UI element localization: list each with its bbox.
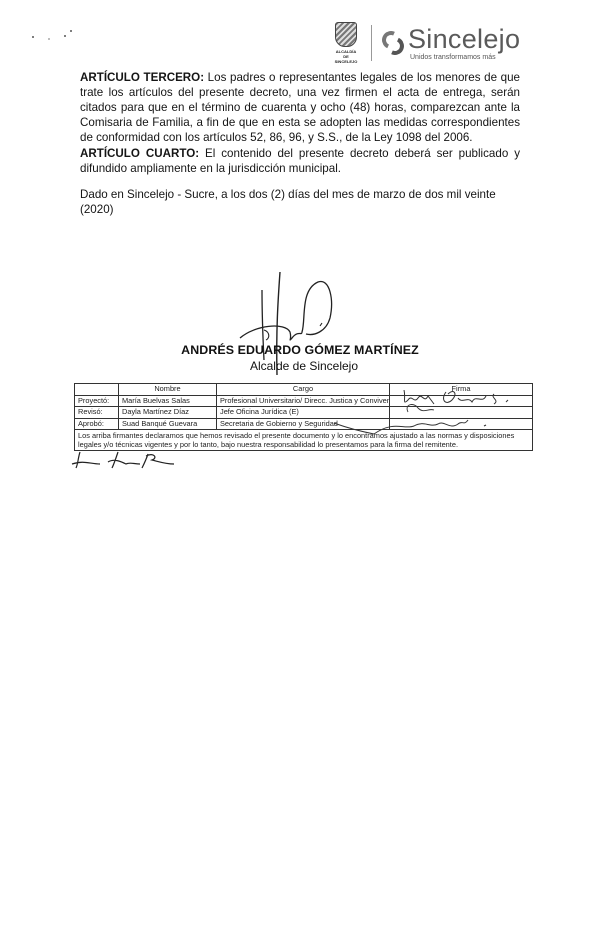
row-role: Proyectó: (75, 395, 119, 407)
dado-en: Dado en Sincelejo - Sucre, a los dos (2)… (80, 187, 520, 217)
articulo-cuarto: ARTÍCULO CUARTO: El contenido del presen… (80, 146, 520, 176)
row-cargo: Jefe Oficina Jurídica (E) (217, 407, 390, 419)
brand-name: Sincelejo (408, 25, 520, 53)
row-firma (390, 418, 533, 430)
row-firma (390, 407, 533, 419)
row-cargo: Profesional Universitario/ Direcc. Justi… (217, 395, 390, 407)
row-role: Revisó: (75, 407, 119, 419)
brand-tagline: Unidos transformamos más (410, 53, 520, 62)
scan-specks (30, 30, 90, 44)
crest-label: ALCALDÍA DE SINCELEJO (333, 49, 359, 64)
header-nombre: Nombre (119, 384, 217, 396)
brand: Sincelejo Unidos transformamos más (408, 25, 520, 62)
table-row: Revisó: Dayla Martínez Díaz Jefe Oficina… (75, 407, 533, 419)
row-firma (390, 395, 533, 407)
crest-icon: ALCALDÍA DE SINCELEJO (333, 22, 359, 64)
logo-divider (371, 25, 372, 61)
signatory-title: Alcalde de Sincelejo (0, 359, 600, 373)
swirl-logo-icon (382, 31, 404, 55)
table-note-row: Los arriba firmantes declaramos que hemo… (75, 430, 533, 451)
header-role (75, 384, 119, 396)
row-name: Dayla Martínez Díaz (119, 407, 217, 419)
header-cargo: Cargo (217, 384, 390, 396)
header-firma: Firma (390, 384, 533, 396)
approval-note: Los arriba firmantes declaramos que hemo… (75, 430, 533, 451)
row-cargo: Secretaria de Gobierno y Seguridad (217, 418, 390, 430)
row-role: Aprobó: (75, 418, 119, 430)
initials-signature-icon (70, 450, 180, 472)
articulo-tercero: ARTÍCULO TERCERO: Los padres o represent… (80, 70, 520, 145)
header-logo: ALCALDÍA DE SINCELEJO Sincelejo Unidos t… (333, 22, 520, 64)
articulo-tercero-heading: ARTÍCULO TERCERO: (80, 71, 204, 84)
approval-table: Nombre Cargo Firma Proyectó: María Buelv… (74, 383, 533, 451)
articulo-cuarto-heading: ARTÍCULO CUARTO: (80, 147, 199, 160)
table-row: Aprobó: Suad Banqué Guevara Secretaria d… (75, 418, 533, 430)
signatory-name: ANDRÉS EDUARDO GÓMEZ MARTÍNEZ (0, 343, 600, 357)
table-row: Proyectó: María Buelvas Salas Profesiona… (75, 395, 533, 407)
row-name: María Buelvas Salas (119, 395, 217, 407)
table-header-row: Nombre Cargo Firma (75, 384, 533, 396)
row-name: Suad Banqué Guevara (119, 418, 217, 430)
